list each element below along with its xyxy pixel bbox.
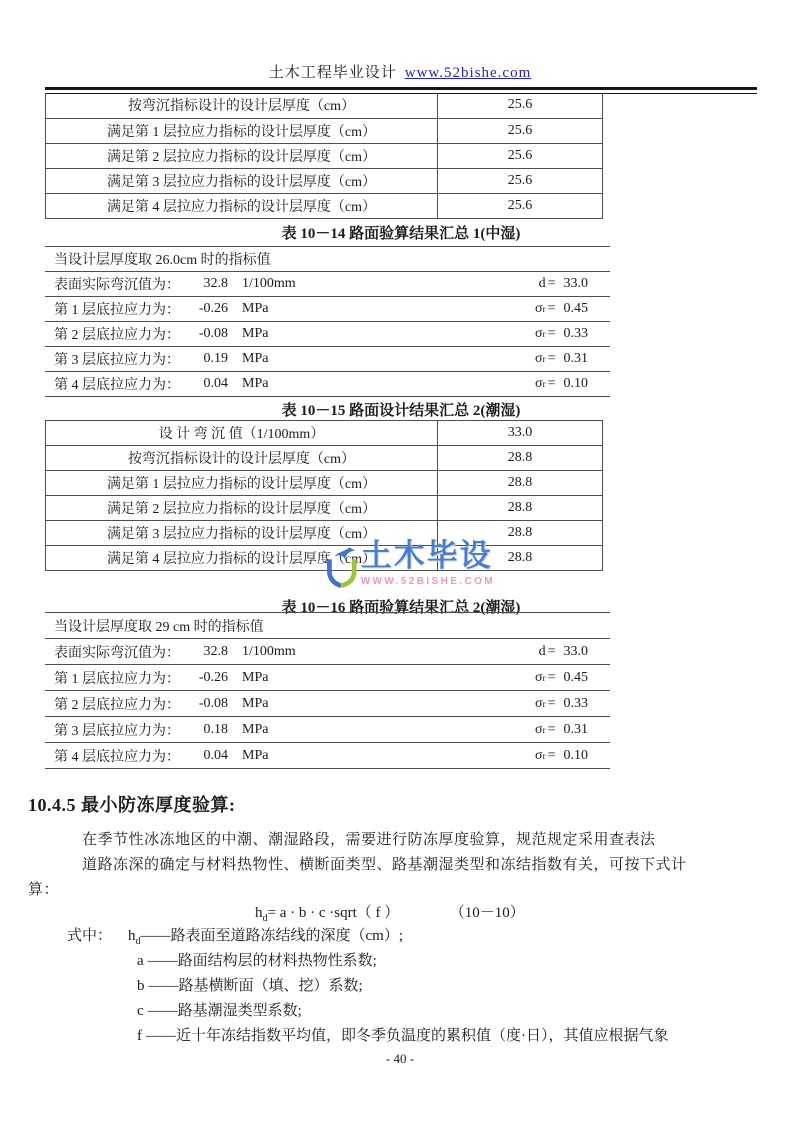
row-result: σr=0.33 <box>535 696 588 712</box>
row-unit: 1/100mm <box>242 644 296 660</box>
result-value: 0.31 <box>564 722 589 738</box>
summary-row: 第 3 层底拉应力为： 0.18 MPa σr=0.31 <box>45 717 610 743</box>
row-label: 当设计层厚度取 26.0cm 时的指标值 <box>54 249 271 269</box>
definition-symbol: hd <box>128 928 141 944</box>
row-label: 表面实际弯沉值为： <box>54 274 180 294</box>
result-value: 0.10 <box>564 376 589 392</box>
summary-header-row: 当设计层厚度取 29 cm 时的指标值 <box>45 613 610 639</box>
definition-text: ——路基横断面（填、挖）系数; <box>149 978 363 994</box>
row-result: σr=0.45 <box>535 301 588 317</box>
summary-table-10-16: 当设计层厚度取 29 cm 时的指标值 表面实际弯沉值为： 32.8 1/100… <box>45 612 610 769</box>
symbol: c <box>137 1003 144 1019</box>
result-equals: = <box>548 748 556 764</box>
row-label: 满足第 2 层拉应力指标的设计层厚度（cm） <box>46 496 438 521</box>
summary-row: 第 2 层底拉应力为： -0.08 MPa σr=0.33 <box>45 691 610 717</box>
result-value: 0.31 <box>564 351 589 367</box>
result-value: 0.45 <box>564 670 589 686</box>
row-number: -0.08 <box>182 326 228 342</box>
result-equals: = <box>548 696 556 712</box>
table-row: 满足第 1 层拉应力指标的设计层厚度（cm）28.8 <box>46 471 603 496</box>
result-equals: = <box>548 644 556 660</box>
result-symbol: σ <box>535 351 543 367</box>
table-row: 满足第 3 层拉应力指标的设计层厚度（cm）28.8 <box>46 521 603 546</box>
paragraph-line: 算： <box>28 878 59 899</box>
row-result: σr=0.10 <box>535 376 588 392</box>
result-value: 0.10 <box>564 748 589 764</box>
symbol: b <box>137 978 145 994</box>
row-number: -0.08 <box>182 696 228 712</box>
definition-symbol: b <box>137 978 145 994</box>
table-row: 满足第 4 层拉应力指标的设计层厚度（cm）25.6 <box>46 193 603 218</box>
symbol: f <box>137 1028 142 1044</box>
table-title-10-14: 表 10－14 路面验算结果汇总 1(中湿) <box>45 222 757 243</box>
watermark-url: WWW.52BISHE.COM <box>361 576 495 587</box>
watermark-brand: 土木毕设 <box>361 539 495 573</box>
result-subscript: r <box>543 304 546 314</box>
table-title-10-15: 表 10－15 路面设计结果汇总 2(潮湿) <box>45 399 757 420</box>
row-label: 第 4 层底拉应力为： <box>54 746 180 766</box>
definition-symbol: f <box>137 1028 142 1044</box>
symbol: h <box>128 928 136 944</box>
result-value: 33.0 <box>564 276 589 292</box>
page-header: 土木工程毕业设计www.52bishe.com <box>0 61 800 82</box>
design-result-table: 设 计 弯 沉 值（1/100mm）33.0 按弯沉指标设计的设计层厚度（cm）… <box>45 420 603 571</box>
symbol: a <box>137 953 144 969</box>
section-heading: 10.4.5 最小防冻厚度验算: <box>28 791 236 817</box>
row-label: 第 4 层底拉应力为： <box>54 374 180 394</box>
where-definition: b——路基横断面（填、挖）系数; <box>137 974 363 997</box>
where-clause: 式中：hd——路表面至道路冻结线的深度（cm）; <box>67 924 403 947</box>
row-number: 0.19 <box>182 351 228 367</box>
result-symbol: σ <box>535 376 543 392</box>
table-row: 按弯沉指标设计的设计层厚度（cm）25.6 <box>46 93 603 118</box>
summary-row: 第 3 层底拉应力为： 0.19 MPa σr=0.31 <box>45 347 610 372</box>
row-result: d=33.0 <box>539 276 588 292</box>
row-value: 28.8 <box>438 496 603 521</box>
result-subscript: r <box>543 354 546 364</box>
definition-symbol: c <box>137 1003 144 1019</box>
row-value: 25.6 <box>438 118 603 143</box>
page-number: - 40 - <box>0 1051 800 1067</box>
row-result: d=33.0 <box>539 644 588 660</box>
result-symbol: σ <box>535 696 543 712</box>
row-unit: MPa <box>242 351 268 367</box>
result-equals: = <box>548 351 556 367</box>
row-label: 满足第 3 层拉应力指标的设计层厚度（cm） <box>46 168 438 193</box>
result-subscript: r <box>543 699 546 709</box>
result-equals: = <box>548 376 556 392</box>
result-subscript: r <box>543 751 546 761</box>
row-value: 28.8 <box>438 446 603 471</box>
frost-depth-formula: hd= a · b · c ·sqrt（ f ）（10－10） <box>255 901 525 924</box>
watermark-text: 土木毕设 WWW.52BISHE.COM <box>361 539 495 587</box>
summary-row: 第 2 层底拉应力为： -0.08 MPa σr=0.33 <box>45 322 610 347</box>
row-result: σr=0.31 <box>535 722 588 738</box>
table-row: 满足第 2 层拉应力指标的设计层厚度（cm）28.8 <box>46 496 603 521</box>
where-definition: a——路面结构层的材料热物性系数; <box>137 949 377 972</box>
table-row: 设 计 弯 沉 值（1/100mm）33.0 <box>46 421 603 446</box>
where-label: 式中： <box>67 928 112 944</box>
paragraph-line: 在季节性冰冻地区的中潮、潮湿路段，需要进行防冻厚度验算，规范规定采用查表法 <box>82 828 656 849</box>
row-result: σr=0.45 <box>535 670 588 686</box>
row-label: 设 计 弯 沉 值（1/100mm） <box>46 421 438 446</box>
result-equals: = <box>548 326 556 342</box>
result-symbol: σ <box>535 722 543 738</box>
result-equals: = <box>548 722 556 738</box>
result-equals: = <box>548 670 556 686</box>
row-label: 第 1 层底拉应力为： <box>54 299 180 319</box>
row-label: 按弯沉指标设计的设计层厚度（cm） <box>46 446 438 471</box>
row-number: 0.04 <box>182 376 228 392</box>
summary-row: 表面实际弯沉值为： 32.8 1/100mm d=33.0 <box>45 639 610 665</box>
table-row: 满足第 4 层拉应力指标的设计层厚度（cm）28.8 <box>46 546 603 571</box>
header-title: 土木工程毕业设计 <box>269 65 397 81</box>
row-value: 25.6 <box>438 193 603 218</box>
site-watermark: 土木毕设 WWW.52BISHE.COM <box>325 539 495 599</box>
definition-text: ——近十年冻结指数平均值，即冬季负温度的累积值（度·日），其值应根据气象 <box>146 1028 669 1044</box>
design-thickness-table: 按弯沉指标设计的设计层厚度（cm）25.6 满足第 1 层拉应力指标的设计层厚度… <box>45 93 603 219</box>
formula-number: （10－10） <box>457 905 525 921</box>
row-number: 0.18 <box>182 722 228 738</box>
row-label: 第 1 层底拉应力为： <box>54 668 180 688</box>
result-subscript: r <box>543 673 546 683</box>
row-result: σr=0.10 <box>535 748 588 764</box>
row-label: 满足第 2 层拉应力指标的设计层厚度（cm） <box>46 143 438 168</box>
result-equals: = <box>548 276 556 292</box>
result-value: 0.33 <box>564 696 589 712</box>
summary-row: 第 4 层底拉应力为： 0.04 MPa σr=0.10 <box>45 743 610 769</box>
row-label: 第 3 层底拉应力为： <box>54 720 180 740</box>
where-definition: f——近十年冻结指数平均值，即冬季负温度的累积值（度·日），其值应根据气象 <box>137 1024 669 1047</box>
row-label: 当设计层厚度取 29 cm 时的指标值 <box>54 616 264 636</box>
row-label: 满足第 1 层拉应力指标的设计层厚度（cm） <box>46 471 438 496</box>
row-label: 第 2 层底拉应力为： <box>54 324 180 344</box>
result-value: 33.0 <box>564 644 589 660</box>
row-value: 28.8 <box>438 471 603 496</box>
row-value: 33.0 <box>438 421 603 446</box>
header-link[interactable]: www.52bishe.com <box>405 65 532 81</box>
formula-body: = a · b · c ·sqrt（ f ） <box>268 905 400 921</box>
definition-text: ——路表面至道路冻结线的深度（cm）; <box>141 928 404 944</box>
where-definition: c——路基潮湿类型系数; <box>137 999 302 1022</box>
result-symbol: σ <box>535 748 543 764</box>
row-unit: MPa <box>242 670 268 686</box>
row-value: 25.6 <box>438 168 603 193</box>
result-value: 0.33 <box>564 326 589 342</box>
row-value: 25.6 <box>438 93 603 118</box>
row-unit: MPa <box>242 326 268 342</box>
result-subscript: r <box>543 329 546 339</box>
formula-symbol: h <box>255 905 263 921</box>
row-label: 按弯沉指标设计的设计层厚度（cm） <box>46 93 438 118</box>
row-label: 表面实际弯沉值为： <box>54 642 180 662</box>
row-label: 第 3 层底拉应力为： <box>54 349 180 369</box>
row-number: 0.04 <box>182 748 228 764</box>
row-number: 32.8 <box>182 644 228 660</box>
row-unit: MPa <box>242 696 268 712</box>
definition-text: ——路面结构层的材料热物性系数; <box>148 953 377 969</box>
summary-header-row: 当设计层厚度取 26.0cm 时的指标值 <box>45 247 610 272</box>
result-symbol: σ <box>535 301 543 317</box>
row-unit: 1/100mm <box>242 276 296 292</box>
row-label: 满足第 1 层拉应力指标的设计层厚度（cm） <box>46 118 438 143</box>
definition-text: ——路基潮湿类型系数; <box>148 1003 302 1019</box>
row-number: -0.26 <box>182 670 228 686</box>
table-row: 满足第 2 层拉应力指标的设计层厚度（cm）25.6 <box>46 143 603 168</box>
summary-table-10-14: 当设计层厚度取 26.0cm 时的指标值 表面实际弯沉值为： 32.8 1/10… <box>45 246 610 397</box>
result-subscript: r <box>543 379 546 389</box>
row-unit: MPa <box>242 748 268 764</box>
summary-row: 第 4 层底拉应力为： 0.04 MPa σr=0.10 <box>45 372 610 397</box>
watermark-logo-icon <box>325 539 359 597</box>
result-symbol: σ <box>535 670 543 686</box>
row-result: σr=0.31 <box>535 351 588 367</box>
document-page: 土木工程毕业设计www.52bishe.com 按弯沉指标设计的设计层厚度（cm… <box>0 0 800 1131</box>
row-result: σr=0.33 <box>535 326 588 342</box>
table-row: 按弯沉指标设计的设计层厚度（cm）28.8 <box>46 446 603 471</box>
result-value: 0.45 <box>564 301 589 317</box>
row-unit: MPa <box>242 722 268 738</box>
row-number: 32.8 <box>182 276 228 292</box>
row-unit: MPa <box>242 376 268 392</box>
table-row: 满足第 1 层拉应力指标的设计层厚度（cm）25.6 <box>46 118 603 143</box>
row-label: 第 2 层底拉应力为： <box>54 694 180 714</box>
result-subscript: r <box>543 725 546 735</box>
summary-row: 表面实际弯沉值为： 32.8 1/100mm d=33.0 <box>45 272 610 297</box>
definition-symbol: a <box>137 953 144 969</box>
result-symbol: d <box>539 276 546 292</box>
table-row: 满足第 3 层拉应力指标的设计层厚度（cm）25.6 <box>46 168 603 193</box>
summary-row: 第 1 层底拉应力为： -0.26 MPa σr=0.45 <box>45 297 610 322</box>
row-unit: MPa <box>242 301 268 317</box>
row-number: -0.26 <box>182 301 228 317</box>
paragraph-line: 道路冻深的确定与材料热物性、横断面类型、路基潮湿类型和冻结指数有关，可按下式计 <box>82 853 687 874</box>
row-label: 满足第 4 层拉应力指标的设计层厚度（cm） <box>46 193 438 218</box>
result-equals: = <box>548 301 556 317</box>
row-value: 25.6 <box>438 143 603 168</box>
summary-row: 第 1 层底拉应力为： -0.26 MPa σr=0.45 <box>45 665 610 691</box>
result-symbol: σ <box>535 326 543 342</box>
result-symbol: d <box>539 644 546 660</box>
